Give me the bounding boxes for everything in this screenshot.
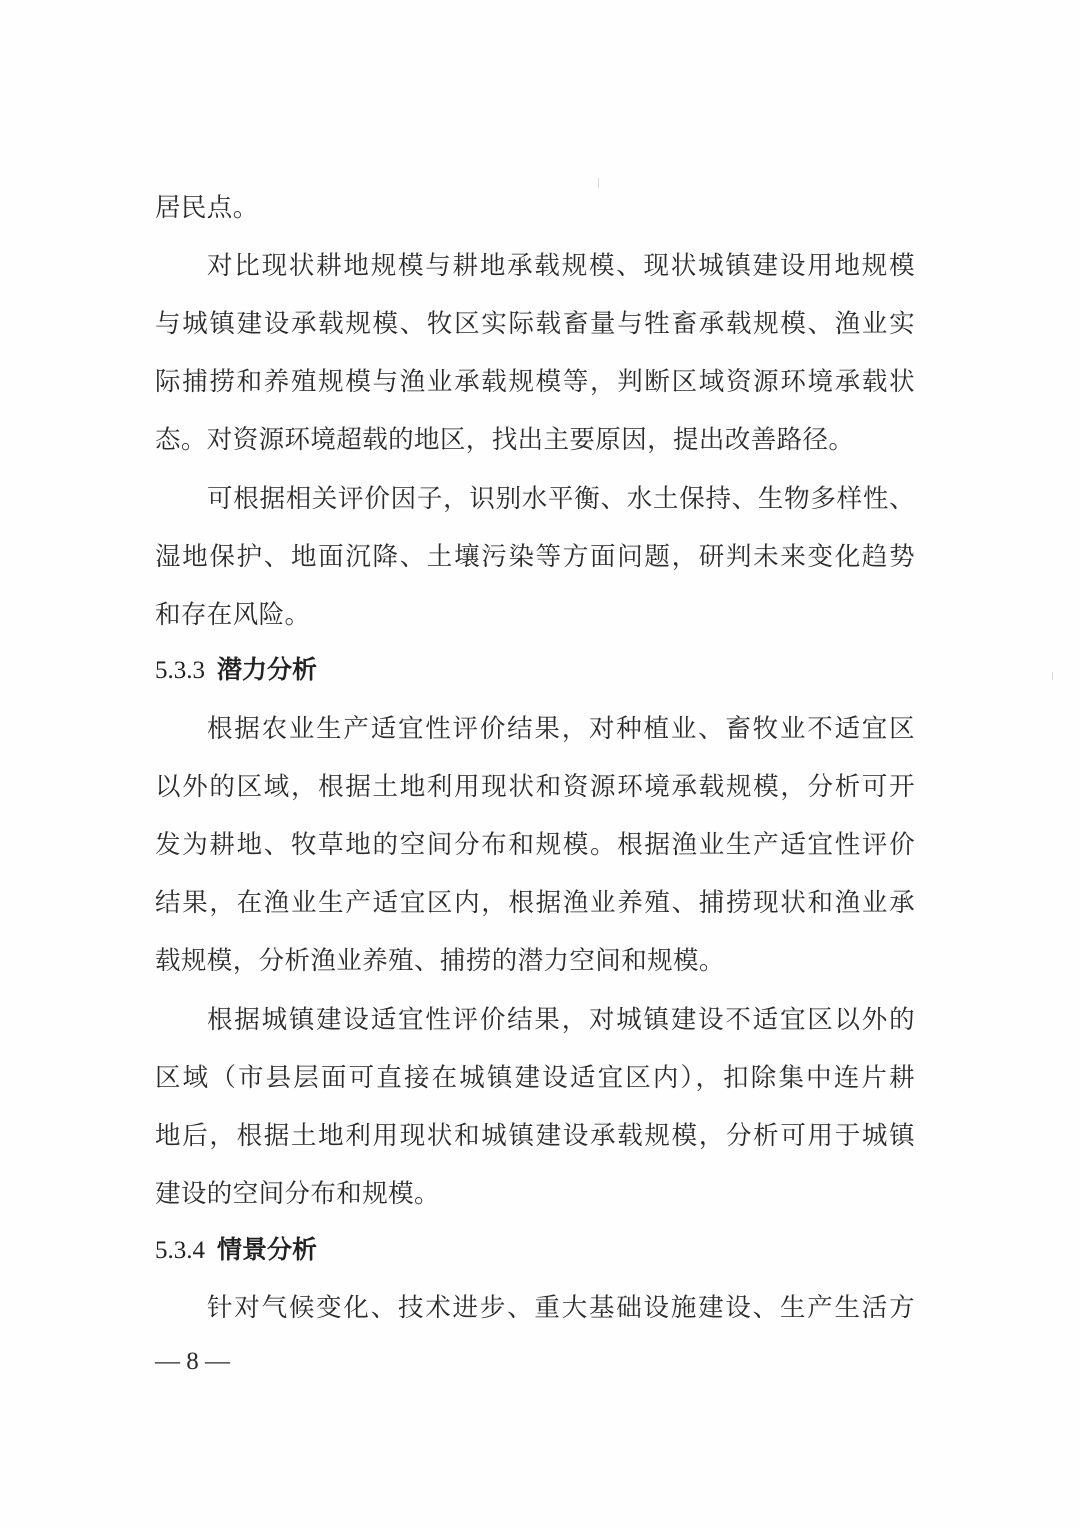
paragraph-line: 地后，根据土地利用现状和城镇建设承载规模，分析可用于城镇 bbox=[155, 1116, 915, 1156]
scan-speck bbox=[1052, 672, 1053, 680]
paragraph-line: 区域（市县层面可直接在城镇建设适宜区内），扣除集中连片耕 bbox=[155, 1058, 915, 1098]
section-number: 5.3.4 bbox=[155, 1237, 205, 1264]
paragraph-line: 湿地保护、地面沉降、土壤污染等方面问题，研判未来变化趋势 bbox=[155, 537, 915, 577]
section-heading-5-3-4: 5.3.4情景分析 bbox=[155, 1230, 317, 1270]
paragraph-line: 根据城镇建设适宜性评价结果，对城镇建设不适宜区以外的 bbox=[207, 1000, 915, 1040]
paragraph-line: 根据农业生产适宜性评价结果，对种植业、畜牧业不适宜区 bbox=[207, 709, 915, 749]
paragraph-line: 和存在风险。 bbox=[155, 595, 915, 635]
section-number: 5.3.3 bbox=[155, 657, 205, 684]
section-title: 情景分析 bbox=[217, 1235, 317, 1264]
section-heading-5-3-3: 5.3.3潜力分析 bbox=[155, 650, 317, 690]
page-number: — 8 — bbox=[155, 1342, 230, 1382]
paragraph-line: 载规模，分析渔业养殖、捕捞的潜力空间和规模。 bbox=[155, 941, 915, 981]
paragraph-line: 居民点。 bbox=[155, 188, 915, 228]
paragraph-line: 针对气候变化、技术进步、重大基础设施建设、生产生活方 bbox=[207, 1288, 915, 1328]
scan-speck bbox=[598, 178, 599, 188]
paragraph-line: 对比现状耕地规模与耕地承载规模、现状城镇建设用地规模 bbox=[207, 246, 915, 286]
paragraph-line: 结果，在渔业生产适宜区内，根据渔业养殖、捕捞现状和渔业承 bbox=[155, 883, 915, 923]
section-title: 潜力分析 bbox=[217, 655, 317, 684]
paragraph-line: 与城镇建设承载规模、牧区实际载畜量与牲畜承载规模、渔业实 bbox=[155, 304, 915, 344]
paragraph-line: 发为耕地、牧草地的空间分布和规模。根据渔业生产适宜性评价 bbox=[155, 825, 915, 865]
paragraph-line: 态。对资源环境超载的地区，找出主要原因，提出改善路径。 bbox=[155, 420, 915, 460]
paragraph-line: 建设的空间分布和规模。 bbox=[155, 1174, 915, 1214]
paragraph-line: 可根据相关评价因子，识别水平衡、水土保持、生物多样性、 bbox=[207, 479, 915, 519]
paragraph-line: 际捕捞和养殖规模与渔业承载规模等，判断区域资源环境承载状 bbox=[155, 362, 915, 402]
paragraph-line: 以外的区域，根据土地利用现状和资源环境承载规模，分析可开 bbox=[155, 767, 915, 807]
document-page: 居民点。 对比现状耕地规模与耕地承载规模、现状城镇建设用地规模 与城镇建设承载规… bbox=[0, 0, 1080, 1528]
